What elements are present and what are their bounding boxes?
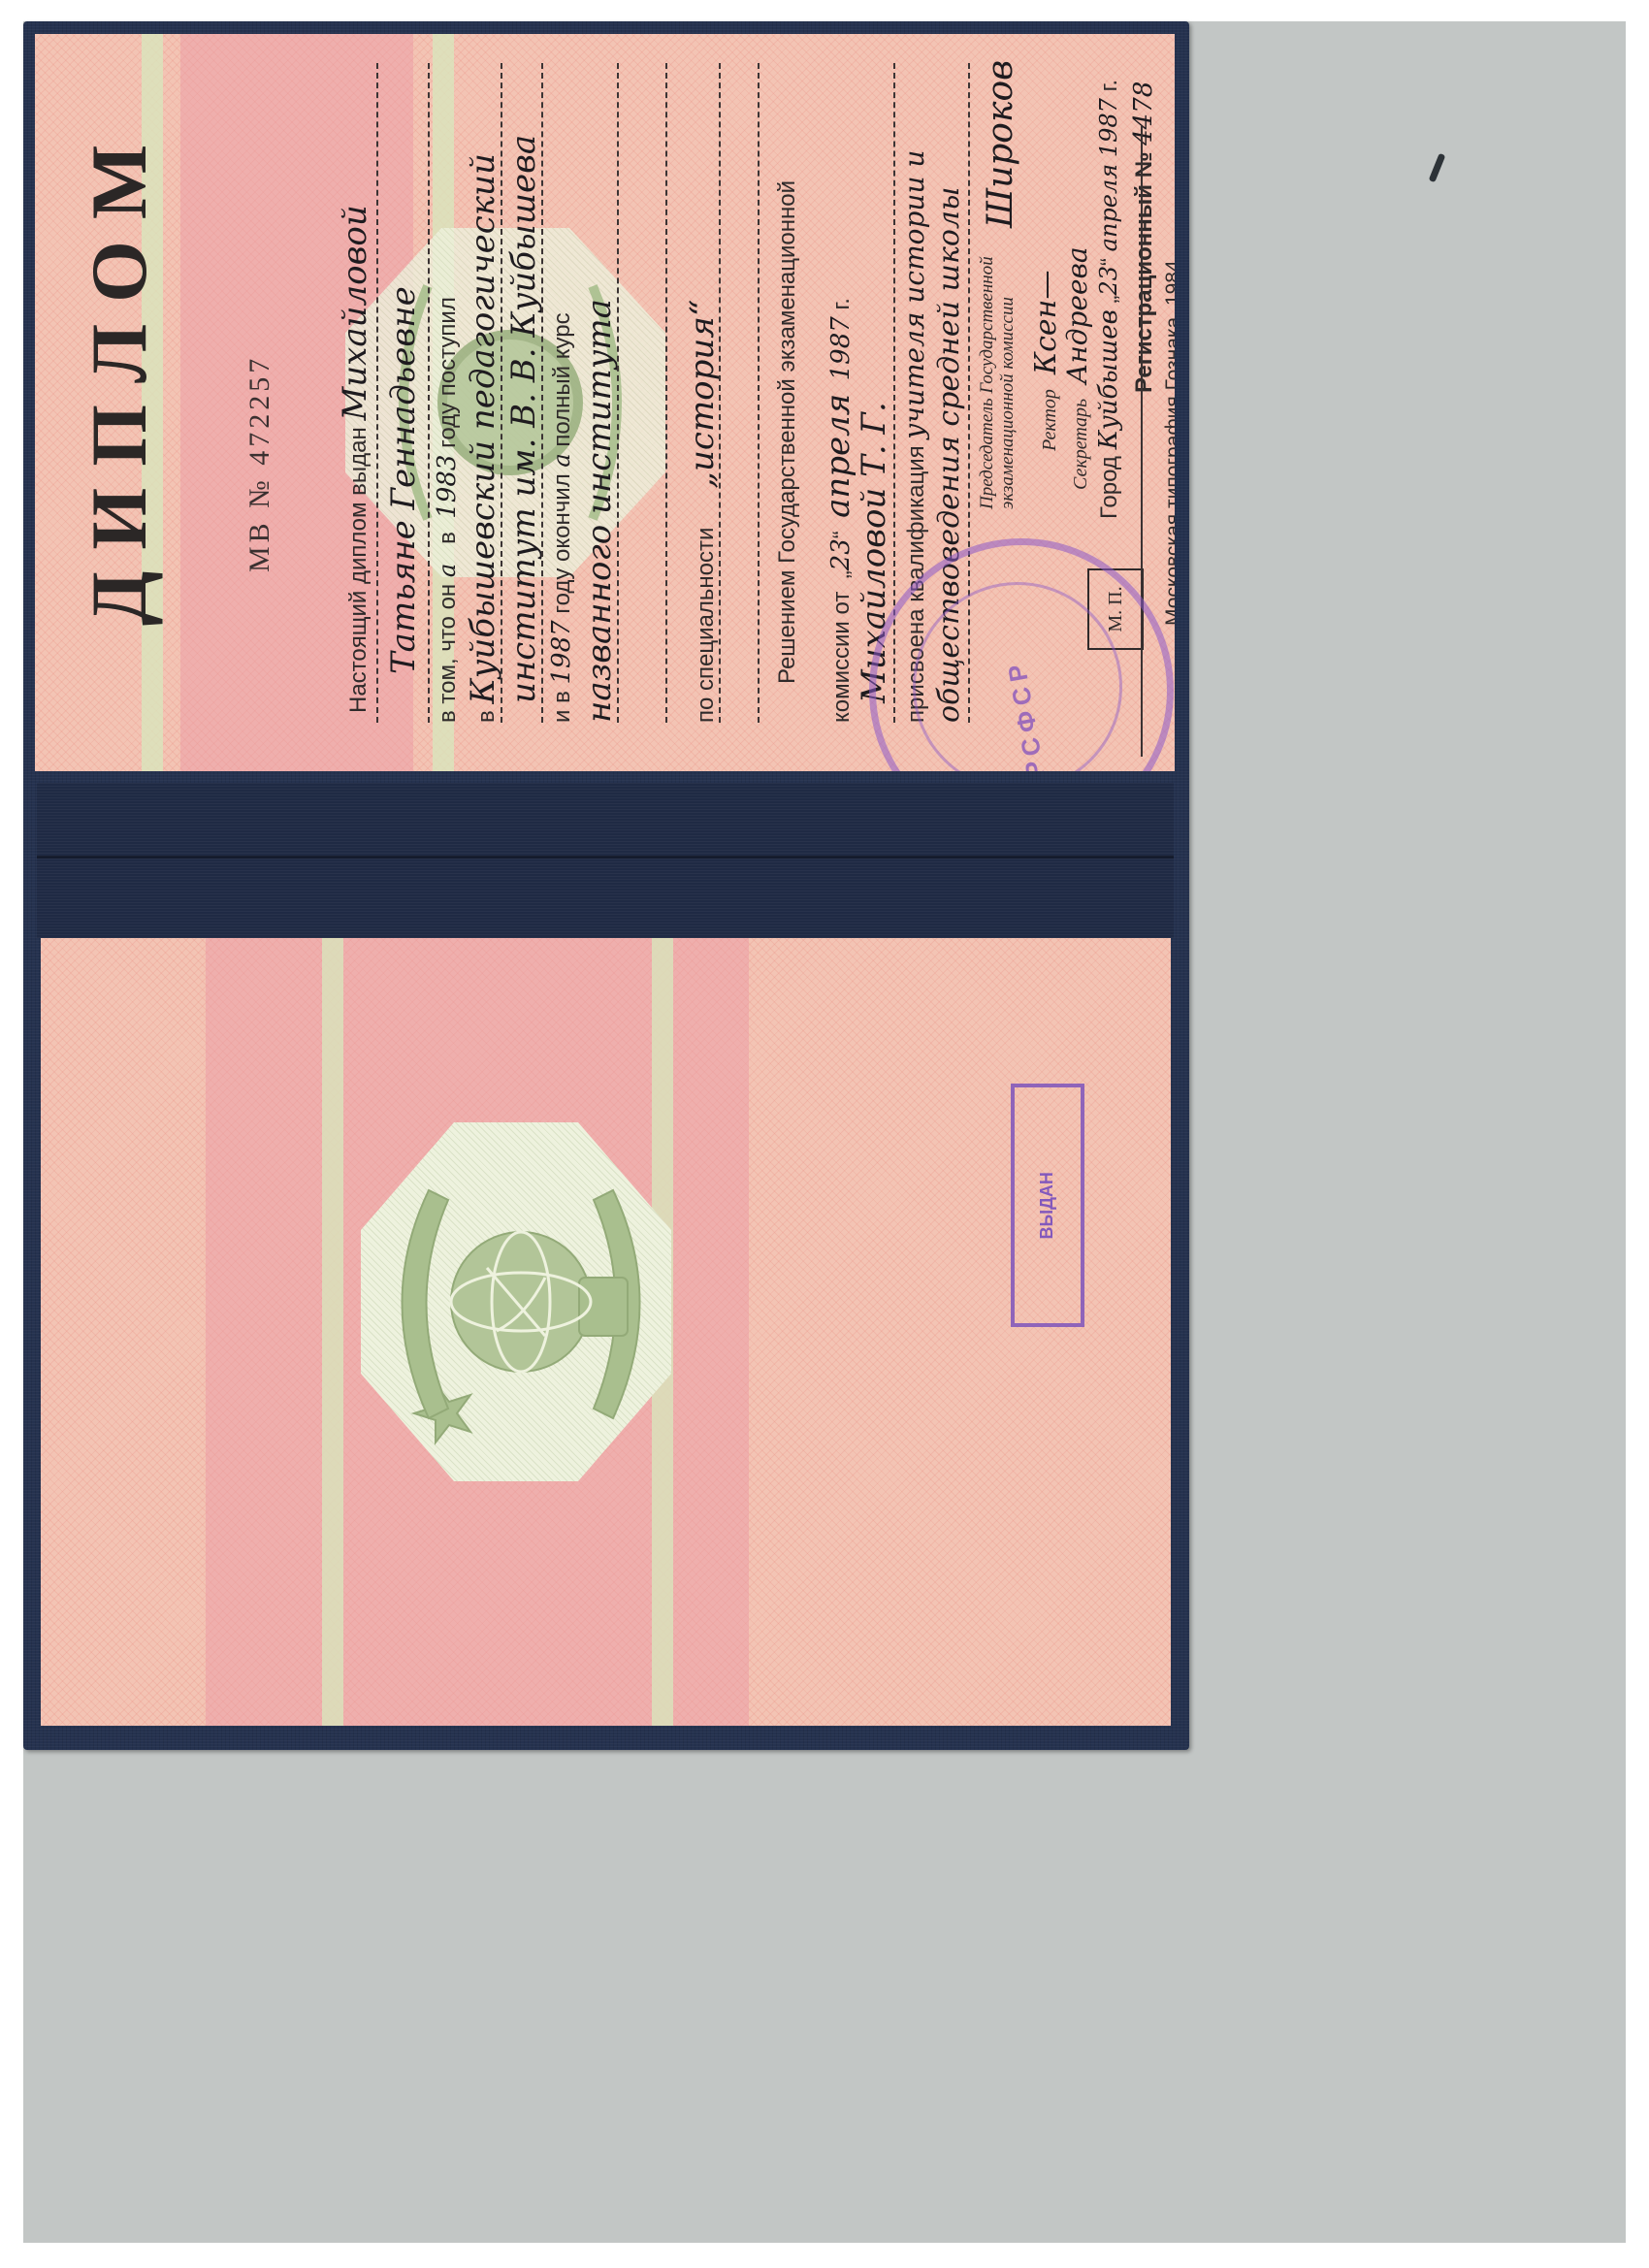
commission-from-label: комиссии от	[828, 592, 855, 723]
holder-surname: Михайловой	[336, 205, 374, 420]
decision-day: 23	[826, 538, 856, 570]
decision-year: 1987	[826, 316, 856, 380]
holder-name-line: Татьяне Геннадьевне	[384, 63, 423, 674]
stamp-line: ВЫДАН	[1037, 1172, 1058, 1239]
ussr-emblem-icon	[380, 1132, 662, 1472]
dotted-rule	[428, 63, 430, 723]
booklet-spine	[37, 783, 1174, 938]
rector-signature: Ксен—	[1029, 271, 1063, 375]
issue-day: 23	[1095, 266, 1122, 296]
dotted-rule	[719, 63, 721, 723]
registration-row: Регистрационный № 4478	[1129, 63, 1158, 393]
chairman-label: Председатель Государственной экзаменацио…	[978, 238, 1018, 509]
city-label: Город	[1096, 456, 1122, 519]
city-date-row: Город Куйбышев „23“ апреля 1987 г.	[1094, 63, 1123, 519]
city-value: Куйбышев	[1094, 309, 1123, 449]
in-label: в	[473, 710, 500, 723]
graduated-year: 1987	[547, 620, 576, 684]
recipient-short-line: Михайловой Т. Г.	[855, 63, 893, 703]
and-in-label: и в	[549, 691, 575, 723]
secretary-row: Секретарь Андреева	[1061, 63, 1093, 490]
diploma-cover: ДИПЛОМ МВ № 472257 Настоящий диплом выда…	[23, 21, 1189, 1750]
chairman-signature-line: Широков	[981, 63, 1020, 228]
institute-name-1: Куйбышевский педагогический	[464, 153, 502, 703]
number-sign: №	[243, 476, 275, 508]
specialty-value: „история“	[683, 300, 722, 489]
decision-month: апреля	[819, 394, 857, 518]
gender-suffix-2: а	[548, 453, 575, 467]
diploma-text-page: ДИПЛОМ МВ № 472257 Настоящий диплом выда…	[35, 34, 1175, 771]
rector-label: Ректор	[1039, 389, 1060, 451]
decision-line: Решением Государственной экзаменационной	[774, 63, 801, 684]
spine-fold	[37, 856, 1174, 859]
year-suffix-2: г.	[1096, 80, 1122, 92]
registration-number: 4478	[1129, 81, 1158, 146]
rector-row: Ректор Ксен—	[1029, 63, 1063, 451]
emblem-page: ВЫДАН	[41, 938, 1171, 1726]
qualification-1: учителя истории и	[898, 150, 930, 439]
duplicate-issued-stamp: ВЫДАН	[1011, 1084, 1084, 1327]
named-institute: названного института	[580, 299, 619, 723]
dotted-rule	[376, 63, 378, 723]
dotted-rule	[541, 63, 543, 723]
gender-suffix: а	[434, 564, 461, 577]
dotted-rule	[758, 63, 760, 723]
diploma-serial: МВ № 472257	[243, 355, 276, 572]
institute-name-2: институт им. В. В. Куйбышева	[504, 135, 543, 703]
graduated-suffix: году окончил	[549, 473, 575, 613]
decor-band-line	[322, 938, 343, 1726]
issue-month: апреля	[1095, 164, 1122, 252]
commission-date-line: комиссии от „23“ апреля 1987 г.	[819, 63, 857, 723]
issued-line: Настоящий диплом выдан Михайловой	[336, 63, 374, 713]
institute-line-2: институт им. В. В. Куйбышева	[504, 63, 543, 703]
specialty-label: по специальности	[693, 528, 719, 723]
dotted-rule	[665, 63, 667, 723]
in-that-label: в том, что он	[435, 584, 461, 723]
institute-line-1: в Куйбышевский педагогический	[464, 63, 502, 723]
series: МВ	[243, 519, 275, 572]
dotted-rule	[617, 63, 619, 723]
named-institute-line: названного института	[580, 63, 619, 723]
issue-year: 1987	[1095, 98, 1122, 157]
enrolled-suffix: году поступил	[435, 297, 461, 448]
year-suffix: г.	[828, 298, 855, 310]
enrolled-line: в том, что он а в 1983 году поступил	[433, 63, 462, 723]
registration-label: Регистрационный №	[1131, 152, 1157, 393]
dotted-rule	[501, 63, 502, 723]
decision-label: Решением Государственной экзаменационной	[774, 180, 800, 684]
chairman-signature: Широков	[981, 60, 1020, 228]
graduated-line: и в 1987 году окончил а полный курс	[547, 63, 576, 723]
secretary-signature: Андреева	[1061, 246, 1093, 383]
diploma-title: ДИПЛОМ	[74, 123, 165, 626]
printer-line: Московская типография Гознака. 1984.	[1162, 255, 1175, 626]
enrolled-year: 1983	[433, 455, 462, 519]
secretary-label: Секретарь	[1070, 399, 1091, 490]
diploma-number: 472257	[243, 355, 275, 466]
issued-label: Настоящий диплом выдан	[345, 427, 372, 713]
full-course-label: полный курс	[549, 312, 575, 446]
holder-name: Татьяне Геннадьевне	[384, 286, 423, 674]
specialty-line: по специальности „история“	[683, 63, 722, 723]
